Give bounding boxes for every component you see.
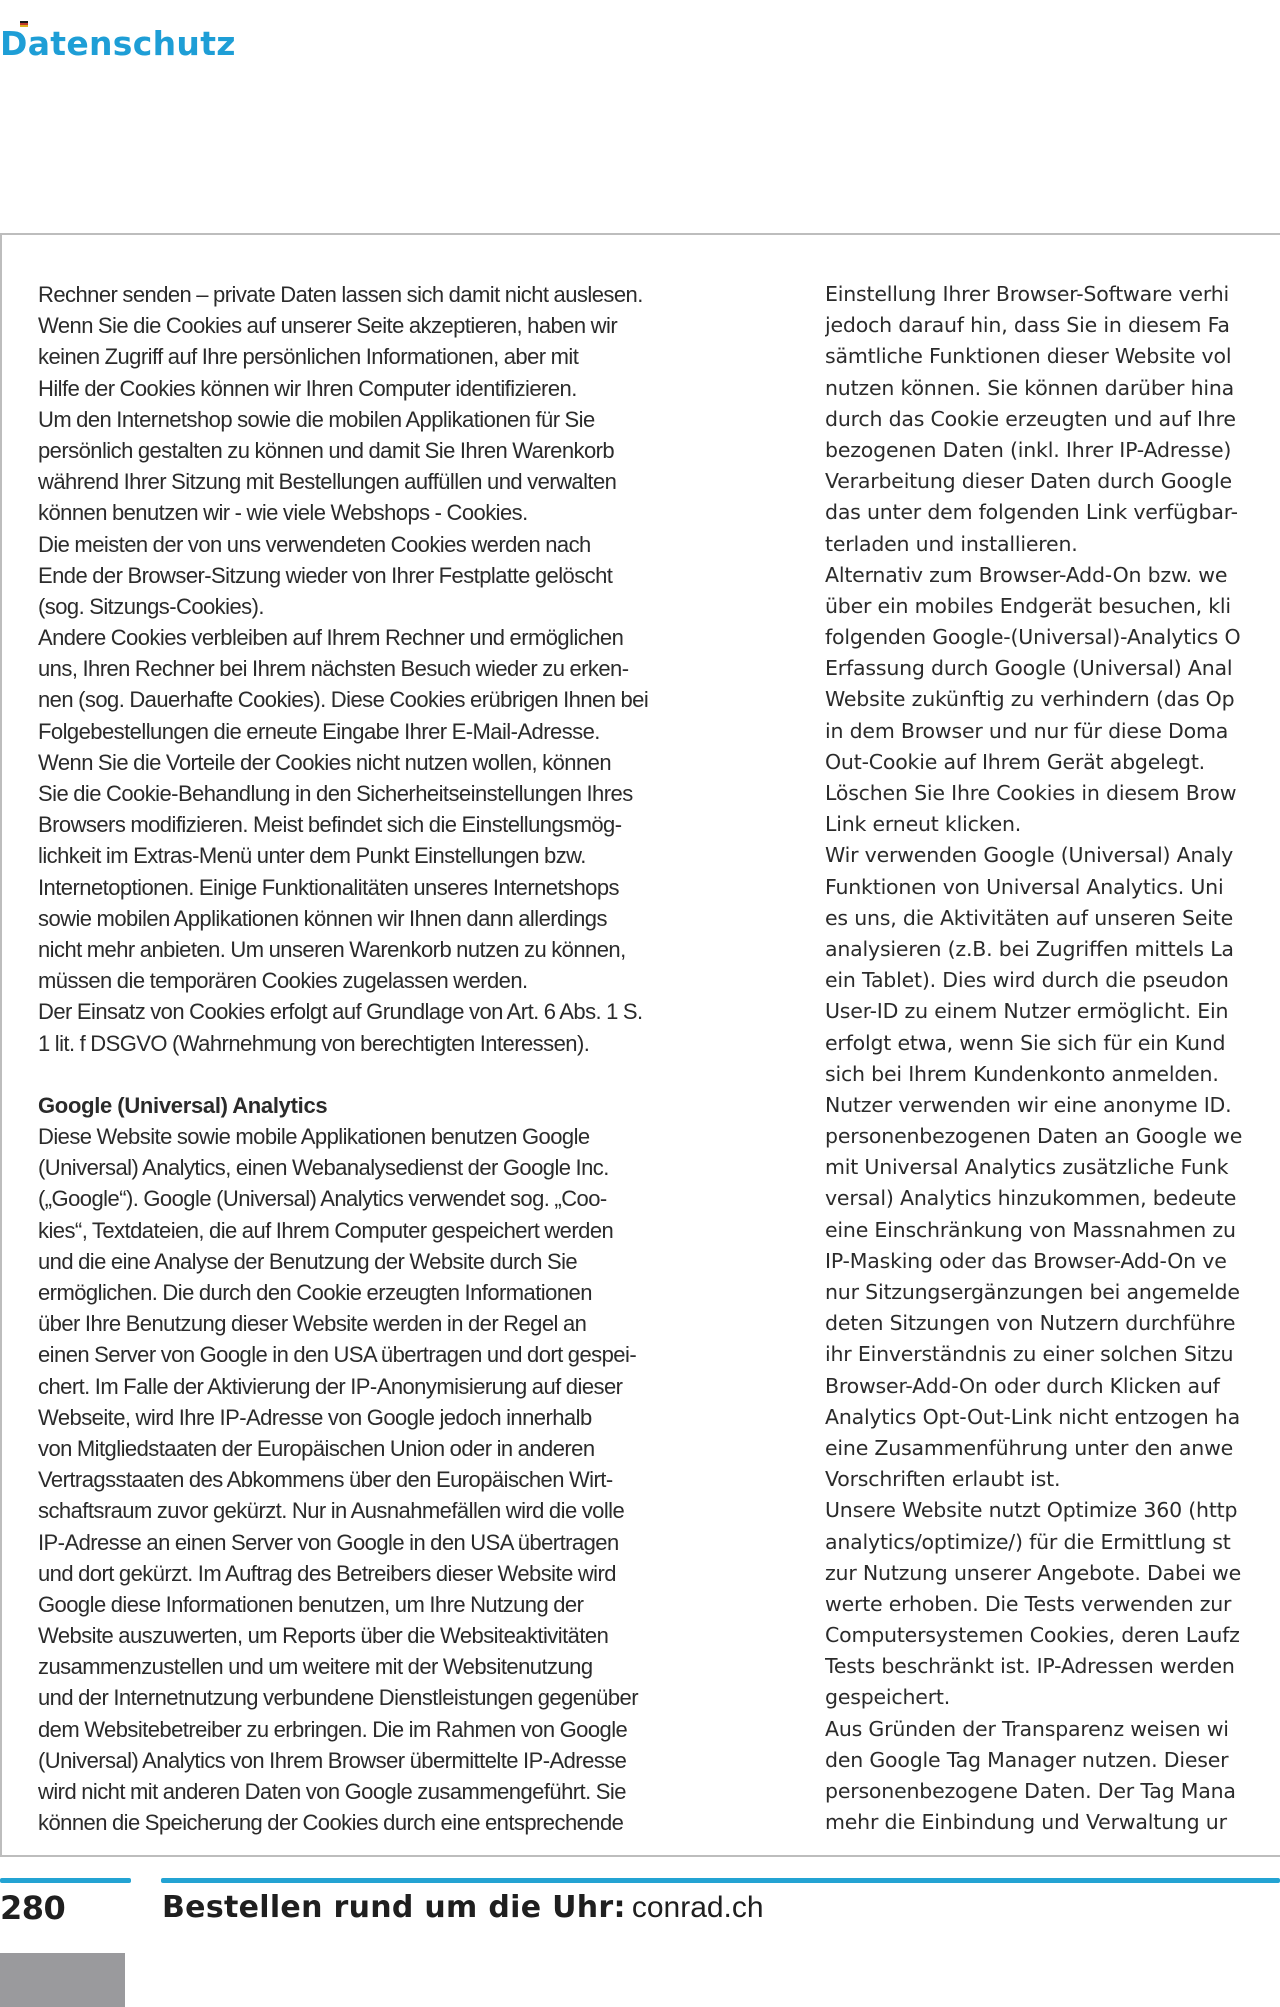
text-line: jedoch darauf hin, dass Sie in diesem Fa — [825, 310, 1280, 341]
left-paragraphs-cookies: Rechner senden – private Daten lassen si… — [38, 279, 783, 1059]
text-line: einen Server von Google in den USA übert… — [38, 1339, 783, 1370]
text-line: Alternativ zum Browser-Add-On bzw. we — [825, 560, 1280, 591]
text-line: User-ID zu einem Nutzer ermöglicht. Ein — [825, 996, 1280, 1027]
footer-rule-right — [161, 1878, 1280, 1883]
text-line: (Universal) Analytics, einen Webanalysed… — [38, 1152, 783, 1183]
text-line: Website zukünftig zu verhindern (das Op — [825, 684, 1280, 715]
text-line: Folgebestellungen die erneute Eingabe Ih… — [38, 716, 783, 747]
text-line: können die Speicherung der Cookies durch… — [38, 1807, 783, 1838]
text-line: Link erneut klicken. — [825, 809, 1280, 840]
text-line: erfolgt etwa, wenn Sie sich für ein Kund — [825, 1028, 1280, 1059]
text-line: werte erhoben. Die Tests verwenden zur — [825, 1589, 1280, 1620]
right-column: Einstellung Ihrer Browser-Software verhi… — [825, 279, 1280, 1838]
text-line: personenbezogenen Daten an Google we — [825, 1121, 1280, 1152]
text-line: eine Einschränkung von Massnahmen zu — [825, 1215, 1280, 1246]
text-line: kies“, Textdateien, die auf Ihrem Comput… — [38, 1215, 783, 1246]
gray-tab-block — [0, 1953, 125, 2007]
right-column-clip: Einstellung Ihrer Browser-Software verhi… — [825, 279, 1280, 1839]
text-line: Hilfe der Cookies können wir Ihren Compu… — [38, 373, 783, 404]
text-line: deten Sitzungen von Nutzern durchführe — [825, 1308, 1280, 1339]
text-line: Internetoptionen. Einige Funktionalitäte… — [38, 872, 783, 903]
text-line: bezogenen Daten (inkl. Ihrer IP-Adresse) — [825, 435, 1280, 466]
text-line: Sie die Cookie-Behandlung in den Sicherh… — [38, 778, 783, 809]
text-line: Aus Gründen der Transparenz weisen wi — [825, 1714, 1280, 1745]
text-line: Andere Cookies verbleiben auf Ihrem Rech… — [38, 622, 783, 653]
text-line: Website auszuwerten, um Reports über die… — [38, 1620, 783, 1651]
text-line: ein Tablet). Dies wird durch die pseudon — [825, 965, 1280, 996]
text-line: Um den Internetshop sowie die mobilen Ap… — [38, 404, 783, 435]
text-line: müssen die temporären Cookies zugelassen… — [38, 965, 783, 996]
text-line: Computersystemen Cookies, deren Laufz — [825, 1620, 1280, 1651]
text-line: und die eine Analyse der Benutzung der W… — [38, 1246, 783, 1277]
text-line: Unsere Website nutzt Optimize 360 (http — [825, 1495, 1280, 1526]
text-line: Webseite, wird Ihre IP-Adresse von Googl… — [38, 1402, 783, 1433]
text-line: durch das Cookie erzeugten und auf Ihre — [825, 404, 1280, 435]
text-line: Funktionen von Universal Analytics. Uni — [825, 872, 1280, 903]
text-line: Vertragsstaaten des Abkommens über den E… — [38, 1464, 783, 1495]
text-line: (sog. Sitzungs-Cookies). — [38, 591, 783, 622]
text-line: IP-Adresse an einen Server von Google in… — [38, 1527, 783, 1558]
footer-slogan-text: Bestellen rund um die Uhr: — [162, 1890, 626, 1925]
text-line: folgenden Google-(Universal)-Analytics O — [825, 622, 1280, 653]
text-line: es uns, die Aktivitäten auf unseren Seit… — [825, 903, 1280, 934]
text-line: nen (sog. Dauerhafte Cookies). Diese Coo… — [38, 684, 783, 715]
text-line: Ende der Browser-Sitzung wieder von Ihre… — [38, 560, 783, 591]
text-line: analysieren (z.B. bei Zugriffen mittels … — [825, 934, 1280, 965]
text-line: personenbezogene Daten. Der Tag Mana — [825, 1776, 1280, 1807]
page-title: Datenschutz — [0, 24, 236, 63]
text-line: in dem Browser und nur für diese Doma — [825, 716, 1280, 747]
page-number: 280 — [0, 1889, 65, 1927]
text-line: Browser-Add-On oder durch Klicken auf — [825, 1371, 1280, 1402]
text-line: das unter dem folgenden Link verfügbar- — [825, 497, 1280, 528]
text-line: 1 lit. f DSGVO (Wahrnehmung von berechti… — [38, 1028, 783, 1059]
text-line: schaftsraum zuvor gekürzt. Nur in Ausnah… — [38, 1495, 783, 1526]
text-line: IP-Masking oder das Browser-Add-On ve — [825, 1246, 1280, 1277]
text-line: mit Universal Analytics zusätzliche Funk — [825, 1152, 1280, 1183]
text-line: nur Sitzungsergänzungen bei angemelde — [825, 1277, 1280, 1308]
text-line: Löschen Sie Ihre Cookies in diesem Brow — [825, 778, 1280, 809]
text-line: von Mitgliedstaaten der Europäischen Uni… — [38, 1433, 783, 1464]
text-line: Einstellung Ihrer Browser-Software verhi — [825, 279, 1280, 310]
text-line: Diese Website sowie mobile Applikationen… — [38, 1121, 783, 1152]
text-line: („Google“). Google (Universal) Analytics… — [38, 1183, 783, 1214]
text-line: und dort gekürzt. Im Auftrag des Betreib… — [38, 1558, 783, 1589]
text-line: Wenn Sie die Vorteile der Cookies nicht … — [38, 747, 783, 778]
text-line: Die meisten der von uns verwendeten Cook… — [38, 529, 783, 560]
text-line: über ein mobiles Endgerät besuchen, kli — [825, 591, 1280, 622]
text-line: über Ihre Benutzung dieser Website werde… — [38, 1308, 783, 1339]
text-line: Analytics Opt-Out-Link nicht entzogen ha — [825, 1402, 1280, 1433]
text-line: Erfassung durch Google (Universal) Anal — [825, 653, 1280, 684]
text-line: können benutzen wir - wie viele Webshops… — [38, 497, 783, 528]
left-paragraphs-analytics: Diese Website sowie mobile Applikationen… — [38, 1121, 783, 1838]
text-line: Nutzer verwenden wir eine anonyme ID. — [825, 1090, 1280, 1121]
text-line: zusammenzustellen und um weitere mit der… — [38, 1651, 783, 1682]
section-heading-google-analytics: Google (Universal) Analytics — [38, 1090, 783, 1121]
text-line: zur Nutzung unserer Angebote. Dabei we — [825, 1558, 1280, 1589]
text-line: gespeichert. — [825, 1682, 1280, 1713]
text-line: versal) Analytics hinzukommen, bedeute — [825, 1183, 1280, 1214]
left-column: Rechner senden – private Daten lassen si… — [38, 279, 783, 1838]
footer-rule-left — [0, 1878, 131, 1883]
text-line: Wenn Sie die Cookies auf unserer Seite a… — [38, 310, 783, 341]
text-line: Tests beschränkt ist. IP-Adressen werden — [825, 1651, 1280, 1682]
text-line: chert. Im Falle der Aktivierung der IP-A… — [38, 1371, 783, 1402]
text-line: Google diese Informationen benutzen, um … — [38, 1589, 783, 1620]
footer-website-link[interactable]: conrad.ch — [632, 1891, 764, 1924]
text-line: dem Websitebetreiber zu erbringen. Die i… — [38, 1714, 783, 1745]
text-line: Vorschriften erlaubt ist. — [825, 1464, 1280, 1495]
text-line: Out-Cookie auf Ihrem Gerät abgelegt. — [825, 747, 1280, 778]
text-line: Verarbeitung dieser Daten durch Google — [825, 466, 1280, 497]
text-line: den Google Tag Manager nutzen. Dieser — [825, 1745, 1280, 1776]
text-line: ermöglichen. Die durch den Cookie erzeug… — [38, 1277, 783, 1308]
text-line: sämtliche Funktionen dieser Website vol — [825, 341, 1280, 372]
text-line: Browsers modifizieren. Meist befindet si… — [38, 809, 783, 840]
text-line: mehr die Einbindung und Verwaltung ur — [825, 1807, 1280, 1838]
footer-slogan: Bestellen rund um die Uhr:conrad.ch — [162, 1890, 764, 1925]
text-line: keinen Zugriff auf Ihre persönlichen Inf… — [38, 341, 783, 372]
text-line: Wir verwenden Google (Universal) Analy — [825, 840, 1280, 871]
paragraph-gap — [38, 1059, 783, 1090]
text-line: (Universal) Analytics von Ihrem Browser … — [38, 1745, 783, 1776]
text-line: sowie mobilen Applikationen können wir I… — [38, 903, 783, 934]
text-line: sich bei Ihrem Kundenkonto anmelden. — [825, 1059, 1280, 1090]
text-line: während Ihrer Sitzung mit Bestellungen a… — [38, 466, 783, 497]
text-line: terladen und installieren. — [825, 529, 1280, 560]
text-line: eine Zusammenführung unter den anwe — [825, 1433, 1280, 1464]
text-line: und der Internetnutzung verbundene Diens… — [38, 1682, 783, 1713]
text-line: Rechner senden – private Daten lassen si… — [38, 279, 783, 310]
text-line: Der Einsatz von Cookies erfolgt auf Grun… — [38, 996, 783, 1027]
text-line: nicht mehr anbieten. Um unseren Warenkor… — [38, 934, 783, 965]
text-line: wird nicht mit anderen Daten von Google … — [38, 1776, 783, 1807]
text-line: nutzen können. Sie können darüber hina — [825, 373, 1280, 404]
text-line: analytics/optimize/) für die Ermittlung … — [825, 1527, 1280, 1558]
text-line: persönlich gestalten zu können und damit… — [38, 435, 783, 466]
text-line: lichkeit im Extras-Menü unter dem Punkt … — [38, 840, 783, 871]
text-line: uns, Ihren Rechner bei Ihrem nächsten Be… — [38, 653, 783, 684]
text-line: ihr Einverständnis zu einer solchen Sitz… — [825, 1339, 1280, 1370]
